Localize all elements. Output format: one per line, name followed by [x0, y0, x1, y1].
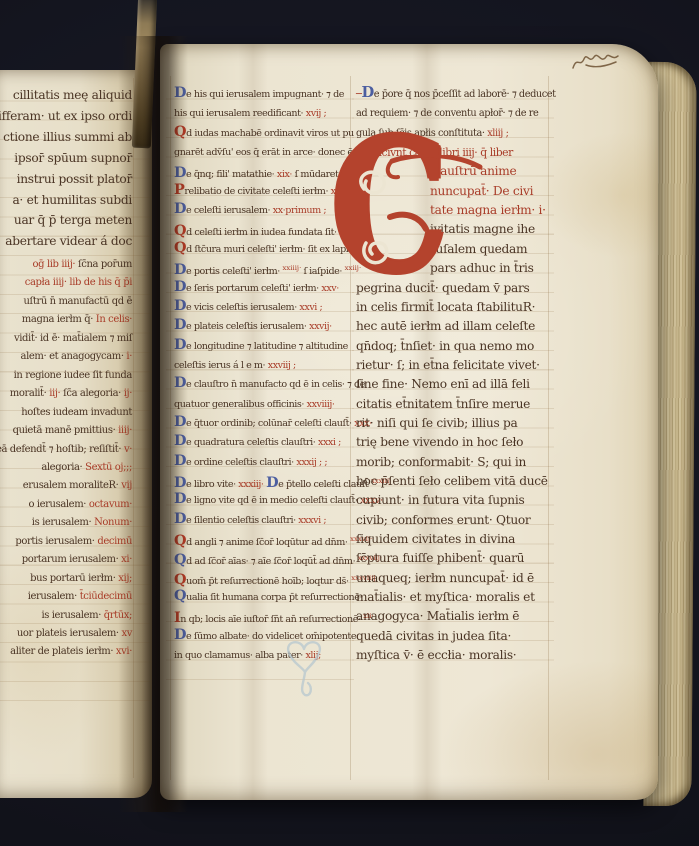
folio-mark — [568, 48, 630, 76]
text-line: ivitatis magne ihe — [356, 220, 535, 239]
text-line: a· et humilitas subdi — [12, 191, 132, 210]
text-line: abertare videar á doc — [5, 232, 132, 251]
text-line: rietur· ſ; in et̄na felicitate vivet· — [356, 356, 540, 375]
text-line: ad requiem· ⁊ de conventu apłor̄· ⁊ de r… — [356, 104, 538, 123]
text-line: myſtica v̄· ē eccłia· moralis· — [356, 646, 516, 665]
text-line: uor plateis ierusalem· xv — [17, 624, 132, 643]
text-line: moralit̄· iij· ſc̄a alegoria· ij· — [10, 384, 132, 403]
text-line: pars adhuc in t̄ris — [356, 259, 534, 278]
left-page: cillitatis meę aliquiddifferam· ut ex ip… — [0, 70, 152, 798]
text-line: o ierusalem· octavum· — [28, 495, 132, 514]
text-line: citatis et̄nitatem t̄nſire merue — [356, 395, 530, 414]
text-line: qn̄doq; t̄nſiet· in qua nemo mo — [356, 337, 534, 356]
text-line: capła iiij· lib de his q̄ p̄i — [25, 273, 132, 292]
text-line: ſc̄ptura fuiſſe phibent̄· quarū — [356, 549, 524, 568]
text-line: cillitatis meę aliquid — [13, 86, 132, 105]
left-page-text-column: cillitatis meę aliquiddifferam· ut ex ip… — [0, 70, 152, 798]
text-line: is ierusalem· Nonum· — [32, 513, 132, 532]
text-line: hoſtes iudeam invadunt — [21, 403, 132, 422]
text-line: unaqueq; ierłm nuncupat̄· id ē — [356, 569, 534, 588]
text-line: nuncupat̄· De civi — [356, 182, 533, 201]
text-line: differam· ut ex ipso ordi — [0, 107, 132, 126]
text-line: quedā civitas in judea ſita· — [356, 627, 511, 646]
text-line: hoc p̄ſenti ſeło celibem vitā ducē — [356, 472, 548, 491]
text-line: trię bene vivendo in hoc ſeło — [356, 433, 523, 452]
text-line: bus portarū ierłm· xij; — [30, 569, 132, 588]
text-line: ſine fine· Nemo enī ad illā feli — [356, 375, 530, 394]
text-line: quietā manē pmittius· iiij· — [13, 421, 132, 440]
text-line: ctione illius summi ab — [3, 128, 132, 147]
text-line: in celis firmit̄ locata ſtabilituR· — [356, 298, 535, 317]
guide-letter-sketch — [280, 636, 330, 700]
text-line: alegoria· Sextū oj;;; — [41, 458, 132, 477]
margin-rule — [548, 76, 549, 780]
text-line: magna ierłm q̄· In celis· — [22, 310, 132, 329]
text-line: erusalem moraliteR· vij — [23, 476, 132, 495]
text-line: uſtrū n̄ manufactū qd ē — [23, 292, 132, 311]
text-line: uar q̄ p̄ terga meten — [14, 211, 132, 230]
text-line: portis ierusalem· decimū — [15, 532, 132, 551]
text-line: vidit̄· id ē· mat̄ialem ⁊ miſ — [14, 329, 132, 348]
text-line: ruſalem quedam — [356, 240, 527, 259]
text-line: aliter de plateis ierłm· xvi· — [10, 642, 132, 661]
text-line: is ierusalem· q̄rtūx; — [41, 606, 132, 625]
text-line: morib; conformabit· S; qui in — [356, 453, 526, 472]
text-line: rit· niſi qui ſe civib; illius pa — [356, 414, 517, 433]
text-line: ierusalem· t̄ciūdecimū — [28, 587, 132, 606]
text-line: ─De p̄ore q̄ nos p̄ceſſit ad laborē· ⁊ d… — [356, 85, 556, 104]
text-line: civib; conformes erunt· Qtuor — [356, 511, 530, 530]
text-line: tate magna ierłm· i· — [356, 201, 546, 220]
bookmark-strap — [132, 0, 157, 148]
text-line: oḡ lib iiij· ſc̄na por̄um — [33, 255, 132, 274]
right-page: De his qui ierusalem impugnant· ⁊ dehis … — [160, 44, 658, 800]
text-line: hec autē ierłm ad illam celeſte — [356, 317, 535, 336]
text-line: portarum ierusalem· xi· — [22, 550, 132, 569]
text-line: in regione iudee ſit funda — [14, 366, 132, 385]
text-line: alem· et anagogycam· i· — [21, 347, 132, 366]
text-line: Explicivnt capła libri iiij· q̄ liber — [356, 143, 513, 162]
text-line: pegrina ducit̄· quedam v̄ pars — [356, 279, 529, 298]
text-line: instrui possit plator̄ — [17, 170, 132, 189]
text-line: ipsor̄ spūum supnor̄ — [14, 149, 132, 168]
text-line: iudeā defendt̄ ⁊ hoſtib; reſiſtit̄· v· — [0, 440, 132, 459]
text-line: clauſtrū anime — [356, 162, 516, 181]
manuscript-photo: cillitatis meę aliquiddifferam· ut ex ip… — [0, 0, 699, 846]
text-line: cupiunt· in futura vita ſupnis — [356, 491, 524, 510]
text-line: gula ſub ſc̄is apłis conſtituta· xliij ; — [356, 124, 508, 143]
text-line: anagogyca· Mat̄ialis ierłm ē — [356, 607, 519, 626]
text-line: ſiquidem civitates in divina — [356, 530, 515, 549]
text-line: mat̄ialis· et myſtica· moralis et — [356, 588, 535, 607]
